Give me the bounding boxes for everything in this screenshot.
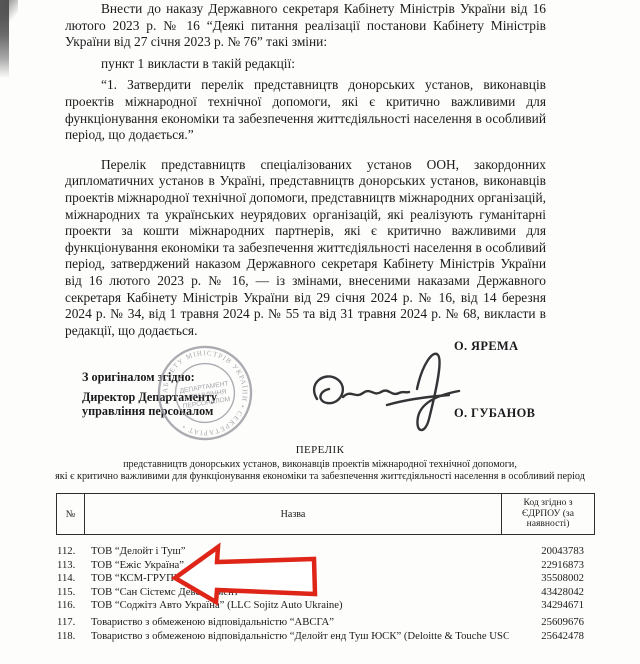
row-number: 118. <box>56 630 87 644</box>
row-name: Товариство з обмеженою відповідальністю … <box>87 630 509 644</box>
order-paragraph-approve: “1. Затвердити перелік представництв дон… <box>65 77 546 143</box>
order-paragraph-list: Перелік представництв спеціалізованих ус… <box>65 157 546 340</box>
table-row: 117. Товариство з обмеженою відповідальн… <box>56 616 595 630</box>
table-row: 116. ТОВ “Соджітз Авто Україна” (LLC Soj… <box>56 599 595 613</box>
table-row: 112. ТОВ “Делойт і Туш” 20043783 <box>56 545 595 559</box>
handwritten-signature <box>299 347 465 441</box>
round-stamp: КАБІНЕТУ МІНІСТРІВ УКРАЇНИ • СЕКРЕТАРІАТ… <box>149 337 261 449</box>
row-code: 43428042 <box>509 586 595 600</box>
list-title: ПЕРЕЛІК <box>33 444 607 456</box>
col-header-name: Назва <box>85 494 502 534</box>
row-code: 25642478 <box>509 630 595 644</box>
certifier-name: О. ГУБАНОВ <box>454 406 535 421</box>
row-number: 113. <box>56 559 87 573</box>
row-code: 34294671 <box>509 599 595 613</box>
table-row: 115. ТОВ “Сан Сістемс Девелопмент” 43428… <box>56 586 595 600</box>
row-number: 115. <box>56 586 87 600</box>
table-body: 112. ТОВ “Делойт і Туш” 20043783 113. ТО… <box>56 545 595 643</box>
row-code: 25609676 <box>509 616 595 630</box>
red-arrow-annotation-icon <box>171 542 321 612</box>
order-paragraph-amend: Внести до наказу Державного секретаря Ка… <box>65 1 546 51</box>
order-paragraph-point: пункт 1 викласти в такій редакції: <box>65 56 546 73</box>
row-number: 117. <box>56 616 87 630</box>
col-header-number: № <box>57 494 85 534</box>
order-body: Внести до наказу Державного секретаря Ка… <box>65 1 546 339</box>
scan-smudge-corner <box>0 0 18 22</box>
table-row-highlighted: 114. ТОВ “КСМ-ГРУП” 35508002 <box>56 572 595 586</box>
list-subtitle-1: представництв донорських установ, викона… <box>33 459 607 471</box>
row-code: 22916873 <box>509 559 595 573</box>
row-number: 116. <box>56 599 87 613</box>
list-subtitle-2: які є критично важливими для функціонува… <box>33 471 607 483</box>
table-header: № Назва Код згідно з ЄДРПОУ (за наявност… <box>56 493 595 535</box>
row-name: Товариство з обмеженою відповідальністю … <box>87 616 509 630</box>
col-header-code: Код згідно з ЄДРПОУ (за наявності) <box>502 494 594 534</box>
table-row: 118. Товариство з обмеженою відповідальн… <box>56 630 595 644</box>
row-code: 20043783 <box>509 545 595 559</box>
row-number: 114. <box>56 572 87 586</box>
row-number: 112. <box>56 545 87 559</box>
list-heading: ПЕРЕЛІК представництв донорських установ… <box>33 444 607 482</box>
scanned-order-document: Внести до наказу Державного секретаря Ка… <box>0 0 640 664</box>
row-code: 35508002 <box>509 572 595 586</box>
table-row: 113. ТОВ “Ежіс Україна” 22916873 <box>56 559 595 573</box>
